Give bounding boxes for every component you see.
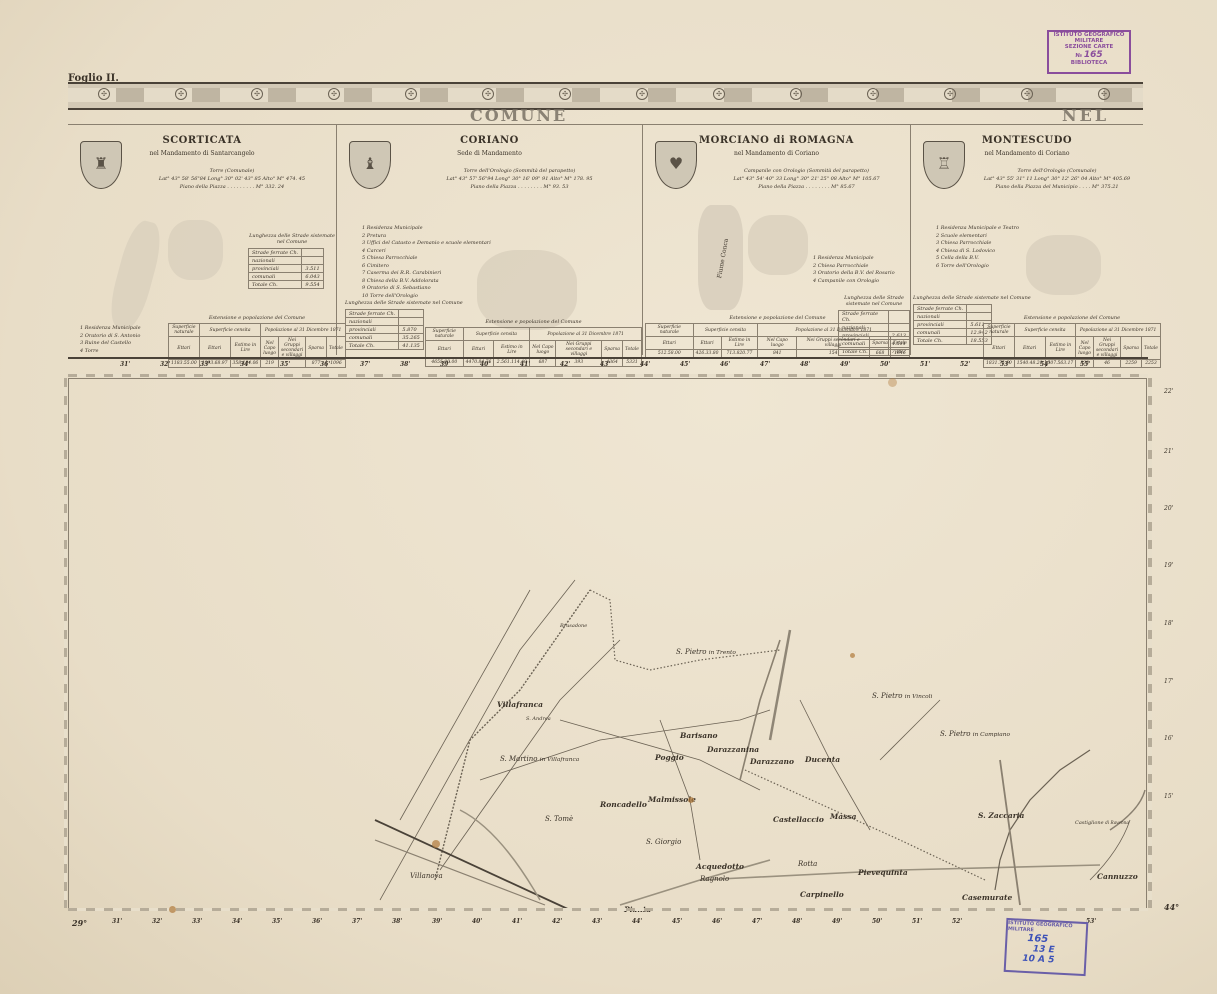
scale-tick: 41'	[512, 918, 522, 925]
place-label: Roncadello	[600, 800, 647, 809]
scale-tick: 49'	[832, 918, 842, 925]
map-linework	[0, 0, 1217, 994]
map-sheet: Foglio II. ISTITUTO GEOGRAFICO MILITARE …	[0, 0, 1217, 994]
place-label: Carpinello	[800, 890, 844, 899]
scale-tick: 47'	[752, 918, 762, 925]
scale-tick: 32'	[152, 918, 162, 925]
place-label: Cannuzzo	[1097, 872, 1138, 881]
scale-tick: 29°	[72, 918, 87, 928]
place-label: Ducenta	[805, 755, 840, 764]
scale-tick: 48'	[792, 918, 802, 925]
scale-tick: 37'	[352, 918, 362, 925]
scale-tick: 52'	[952, 918, 962, 925]
scale-tick: 51'	[912, 918, 922, 925]
scale-tick: 42'	[552, 918, 562, 925]
place-label: Castiglione di Ravenna	[1075, 820, 1129, 826]
place-label: Ragnolo	[700, 875, 729, 883]
place-label: Castellaccio	[773, 815, 824, 824]
place-label: Brusadone	[560, 623, 587, 629]
scale-tick: 38'	[392, 918, 402, 925]
scale-tick: 45'	[672, 918, 682, 925]
place-label: Massa	[830, 812, 856, 821]
place-label: S. Andrea	[526, 716, 551, 722]
scale-tick: 36'	[312, 918, 322, 925]
place-label: S. Martino in Villafranca	[500, 755, 579, 763]
place-label: Poggio	[655, 753, 684, 762]
scale-tick: 43'	[592, 918, 602, 925]
stain	[688, 797, 694, 803]
place-label: Pievequinta	[858, 868, 908, 877]
scale-tick: 46'	[712, 918, 722, 925]
scale-tick: 31'	[112, 918, 122, 925]
stain	[432, 840, 440, 848]
place-label: S. Tomè	[545, 815, 573, 823]
place-label: S. Pietro in Trento	[676, 648, 736, 656]
place-label: Rotta	[798, 860, 817, 868]
scale-tick: 35'	[272, 918, 282, 925]
scale-tick: 33'	[192, 918, 202, 925]
library-stamp-bottom: ISTITUTO GEOGRAFICO MILITARE 165 13 E 10…	[1004, 918, 1089, 976]
stain	[888, 378, 897, 387]
place-label: S. Pietro in Campiano	[940, 730, 1010, 738]
longitude-scale-bottom: 29° 31' 32' 33' 34' 35' 36' 37' 38' 39' …	[68, 908, 1148, 928]
place-label: Darazzanina	[707, 745, 759, 754]
place-label: Villafranca	[497, 700, 543, 709]
place-label: S. Zaccaria	[978, 811, 1024, 820]
scale-tick: 50'	[872, 918, 882, 925]
place-label: Acquedotto	[696, 862, 744, 871]
stain	[169, 906, 176, 913]
place-label: Villanova	[410, 872, 443, 880]
scale-tick: 40'	[472, 918, 482, 925]
scale-tick: 44'	[632, 918, 642, 925]
place-label: S. Giorgio	[646, 838, 681, 846]
place-label: S. Pietro in Vincoli	[872, 692, 932, 700]
place-label: Darazzano	[750, 757, 794, 766]
scale-tick: 39'	[432, 918, 442, 925]
stain	[850, 653, 855, 658]
scale-tick: 34'	[232, 918, 242, 925]
place-label: Barisano	[680, 731, 718, 740]
place-label: Casemurate	[962, 893, 1012, 902]
